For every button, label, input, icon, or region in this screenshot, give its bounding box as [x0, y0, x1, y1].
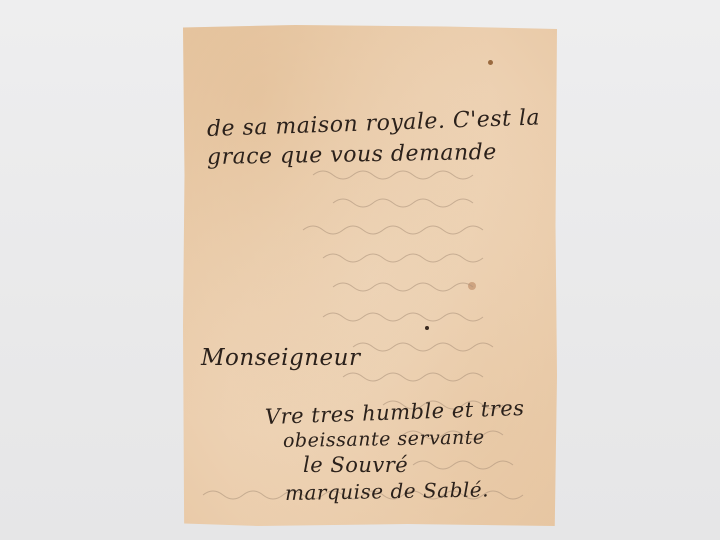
letter-sheet: de sa maison royale. C'est la grace que … [183, 25, 557, 526]
ink-spot [425, 326, 429, 330]
letter-line-1: de sa maison royale. C'est la [207, 105, 541, 142]
closing-line-1: Vre tres humble et tres [265, 396, 525, 429]
signature-name: le Souvré [303, 453, 408, 477]
letter-line-2: grace que vous demande [207, 140, 497, 170]
paper-stain [488, 60, 493, 65]
bleed-through-text [183, 25, 557, 526]
salutation: Monseigneur [201, 345, 360, 371]
paper-stain [468, 282, 476, 290]
signature-title: marquise de Sablé. [285, 477, 489, 505]
closing-line-2: obeissante servante [283, 426, 485, 452]
